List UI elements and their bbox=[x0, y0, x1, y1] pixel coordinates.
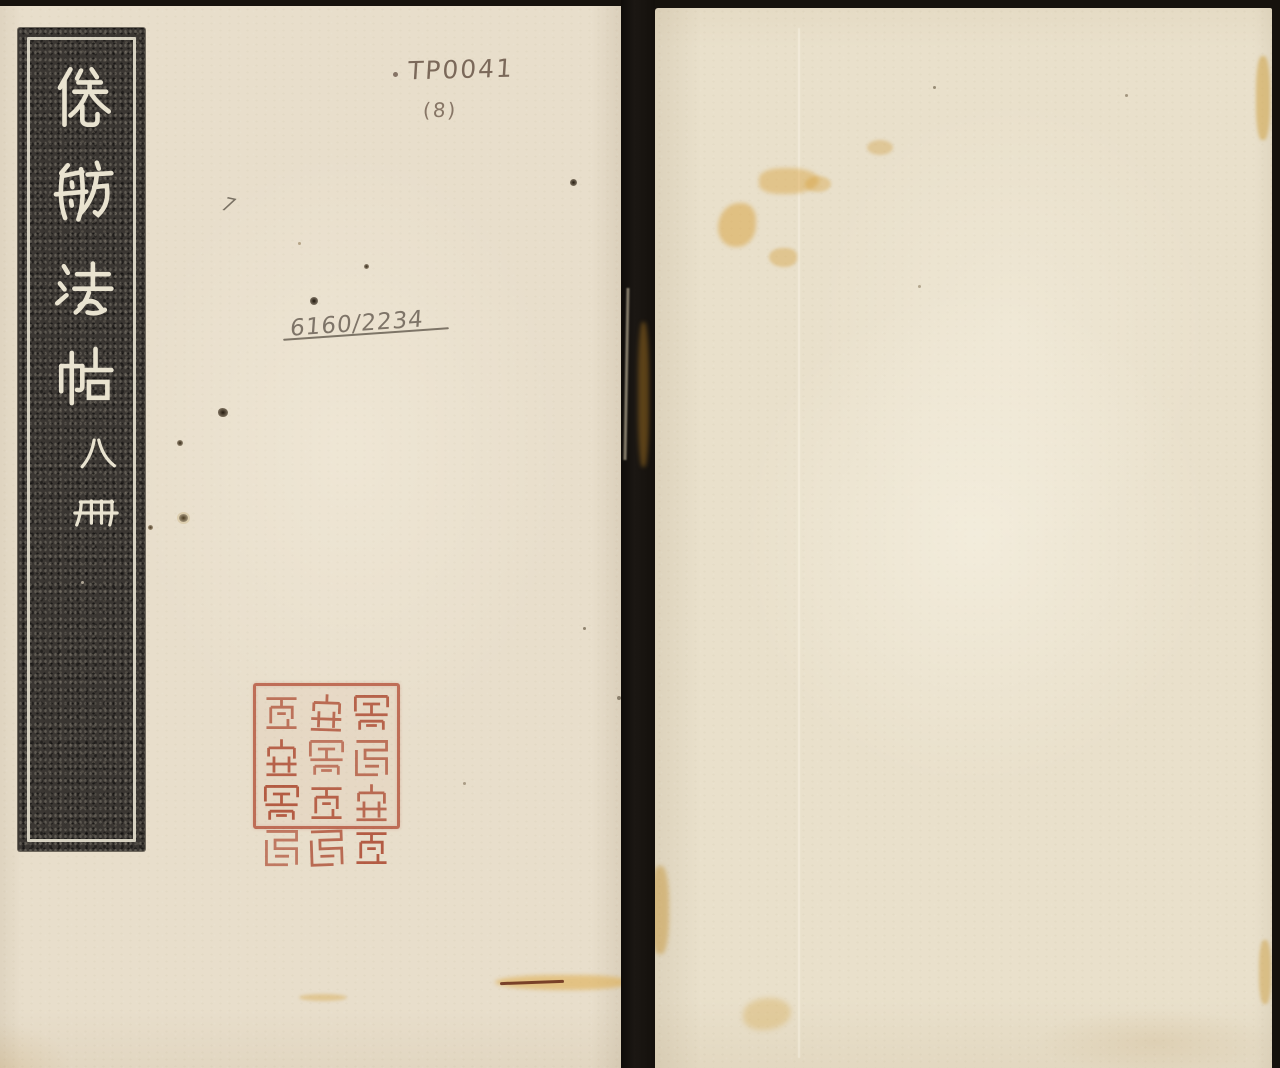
volume-char-ba: 八 bbox=[73, 429, 119, 475]
edge-stain bbox=[1256, 56, 1270, 140]
seal-char: 和 bbox=[305, 735, 348, 778]
title-char-juan: 倦 bbox=[48, 64, 114, 130]
paper-speck bbox=[298, 242, 301, 245]
seal-char: 學 bbox=[350, 825, 393, 868]
edge-stain bbox=[1259, 940, 1271, 1004]
seal-cell: 印 bbox=[260, 825, 303, 868]
gutter-stain bbox=[638, 322, 649, 467]
seal-cell: 藏 bbox=[260, 780, 303, 823]
annotation-pencil-tick: 7 bbox=[216, 194, 239, 217]
corner-aging bbox=[0, 1026, 70, 1068]
worm-hole bbox=[364, 264, 369, 269]
title-label: 倦 舫 法 帖 八 冊 bbox=[18, 28, 145, 851]
foxing-stain bbox=[805, 176, 831, 192]
seal-char: 館 bbox=[260, 690, 303, 733]
seal-cell: 書 bbox=[304, 824, 348, 868]
seal-cell: 館 bbox=[260, 690, 303, 733]
worm-hole bbox=[177, 440, 183, 446]
seal-cell: 佛 bbox=[350, 735, 393, 778]
seal-cell: 大 bbox=[350, 780, 393, 823]
seal-cell: 學 bbox=[350, 825, 393, 868]
foxing-stain bbox=[718, 203, 756, 247]
worm-hole bbox=[218, 408, 228, 417]
worm-hole bbox=[570, 179, 577, 186]
seal-char: 珍 bbox=[260, 735, 303, 778]
worm-hole bbox=[179, 514, 188, 522]
seal-cell: 漢 bbox=[304, 689, 348, 733]
seal-char: 佛 bbox=[350, 735, 393, 778]
page-edge-crack bbox=[623, 288, 629, 460]
left-page-cover: 倦 舫 法 帖 八 冊 TP0041 (8) 7 6160/2234 哈 佛 bbox=[0, 6, 621, 1068]
volume-char-ce-icon: 冊 bbox=[73, 490, 119, 536]
foxing-stain bbox=[769, 248, 797, 267]
label-wear-dot bbox=[81, 581, 84, 584]
volume-char-ba-icon: 八 bbox=[73, 429, 119, 475]
seal-cell: 哈 bbox=[350, 690, 393, 733]
title-char-fa-icon: 法 bbox=[48, 257, 114, 323]
seal-cell: 和 bbox=[305, 735, 348, 778]
right-page-blank bbox=[655, 8, 1272, 1068]
seal-char: 藏 bbox=[260, 780, 303, 823]
paper-speck bbox=[933, 86, 936, 89]
worm-hole bbox=[310, 297, 318, 305]
paper-speck bbox=[583, 627, 586, 630]
title-char-tie: 帖 bbox=[48, 345, 114, 411]
foxing-stain bbox=[743, 998, 791, 1030]
seal-char: 漢 bbox=[304, 689, 348, 733]
seal-char: 書 bbox=[304, 824, 348, 868]
foxing-stain bbox=[299, 994, 347, 1001]
foxing-stain bbox=[655, 866, 669, 954]
title-char-fang: 舫 bbox=[48, 160, 114, 226]
seal-cell: 珍 bbox=[260, 735, 303, 778]
paper-speck bbox=[463, 782, 466, 785]
paper-speck bbox=[1125, 94, 1128, 97]
annotation-part-number: (8) bbox=[422, 98, 458, 122]
seal-char: 圖 bbox=[305, 780, 348, 823]
paper-speck bbox=[918, 285, 921, 288]
title-char-tie-icon: 帖 bbox=[48, 345, 114, 411]
annotation-call-number: TP0041 bbox=[407, 54, 515, 86]
title-char-juan-icon: 倦 bbox=[48, 64, 114, 130]
title-char-fang-icon: 舫 bbox=[48, 160, 114, 226]
seal-cell: 圖 bbox=[305, 780, 348, 823]
foxing-stain bbox=[867, 140, 893, 155]
ink-dot bbox=[393, 72, 398, 77]
bottom-aging bbox=[1035, 1008, 1272, 1068]
spine-gutter bbox=[621, 0, 655, 1068]
volume-char-ce: 冊 bbox=[73, 490, 119, 536]
seal-char: 大 bbox=[350, 780, 393, 823]
title-char-fa: 法 bbox=[48, 257, 114, 323]
library-seal-stamp: 哈 佛 大 學 漢 和 圖 書 館 珍 藏 印 bbox=[253, 683, 400, 829]
seal-char: 印 bbox=[260, 825, 303, 868]
worm-hole bbox=[148, 525, 153, 530]
seal-char: 哈 bbox=[350, 690, 393, 733]
